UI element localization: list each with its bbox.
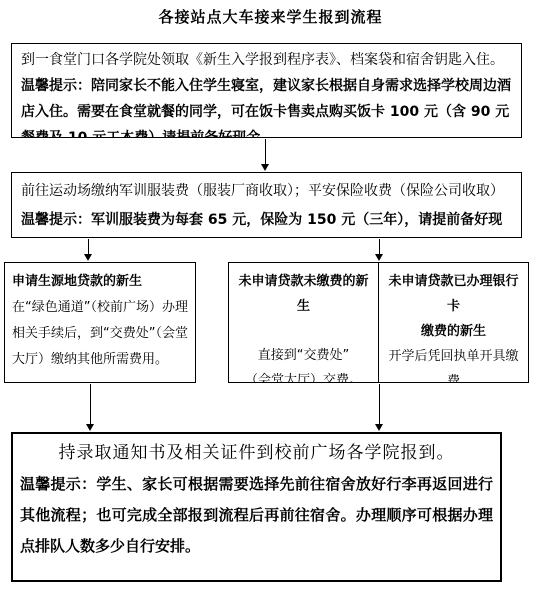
step1-text: 到一食堂门口各学院处领取《新生入学报到程序表》、档案袋和宿舍钥匙入住。	[21, 47, 512, 73]
branch-left-title: 申请生源地贷款的新生	[12, 269, 188, 295]
step2-tip: 温馨提示：军训服装费为每套 65 元，保险为 150 元（三年），请提前备好现金…	[21, 206, 512, 238]
step2-box: 前往运动场缴纳军训服装费（服装厂商收取）；平安保险收费（保险公司收取） 温馨提示…	[11, 172, 522, 238]
arrow-shaft	[265, 139, 266, 165]
arrow-shaft	[379, 239, 380, 255]
step1-tip: 温馨提示：陪同家长不能入住学生寝室，建议家长根据自身需求选择学校周边酒店入住。需…	[21, 73, 512, 138]
step2-text: 前往运动场缴纳军训服装费（服装厂商收取）；平安保险收费（保险公司收取）	[21, 177, 512, 206]
branch-right-title-line2: 缴费的新生	[383, 319, 524, 344]
arrow-step1-to-step2	[261, 139, 270, 171]
down-arrowhead-icon	[84, 254, 92, 261]
arrow-shaft	[379, 384, 380, 425]
arrow-shaft	[88, 239, 89, 255]
final-tip: 温馨提示：学生、家长可根据需要选择先前往宿舍放好行李再返回进行其他流程；也可完成…	[20, 469, 493, 562]
branch-right-body-line1: 开学后凭回执单开具缴费	[383, 344, 524, 383]
arrow-branch-left-to-final	[86, 384, 95, 431]
down-arrowhead-icon	[375, 424, 383, 431]
arrow-branch-right-to-final	[375, 384, 384, 431]
down-arrowhead-icon	[375, 254, 383, 261]
arrow-step2-to-branch-right	[375, 239, 384, 261]
step1-box: 到一食堂门口各学院处领取《新生入学报到程序表》、档案袋和宿舍钥匙入住。 温馨提示…	[11, 43, 522, 138]
branch-middle-cell: 未申请贷款未缴费的新生 直接到“交费处” （会堂大厅）交费。	[229, 263, 379, 382]
flowchart-page: 各接站点大车接来学生报到流程 到一食堂门口各学院处领取《新生入学报到程序表》、档…	[0, 0, 541, 591]
final-headline: 持录取通知书及相关证件到校前广场各学院报到。	[20, 440, 493, 466]
final-box: 持录取通知书及相关证件到校前广场各学院报到。 温馨提示：学生、家长可根据需要选择…	[11, 432, 502, 582]
branch-left-box: 申请生源地贷款的新生 在“绿色通道”（校前广场）办理相关手续后，到“交费处”（会…	[4, 262, 196, 383]
branch-middle-body-line1: 直接到“交费处”	[233, 343, 374, 368]
arrow-step2-to-branch-left	[84, 239, 93, 261]
down-arrowhead-icon	[86, 424, 94, 431]
branch-middle-right-box: 未申请贷款未缴费的新生 直接到“交费处” （会堂大厅）交费。 未申请贷款已办理银…	[228, 262, 529, 383]
down-arrowhead-icon	[261, 164, 269, 171]
page-title: 各接站点大车接来学生报到流程	[0, 6, 541, 27]
arrow-shaft	[90, 384, 91, 425]
branch-middle-body-line2: （会堂大厅）交费。	[233, 368, 374, 383]
branch-right-title-line1: 未申请贷款已办理银行卡	[383, 269, 524, 319]
branch-right-cell: 未申请贷款已办理银行卡 缴费的新生 开学后凭回执单开具缴费 发票	[379, 263, 528, 382]
branch-middle-title: 未申请贷款未缴费的新生	[233, 269, 374, 319]
branch-left-body: 在“绿色通道”（校前广场）办理相关手续后，到“交费处”（会堂大厅）缴纳其他所需费…	[12, 295, 188, 373]
